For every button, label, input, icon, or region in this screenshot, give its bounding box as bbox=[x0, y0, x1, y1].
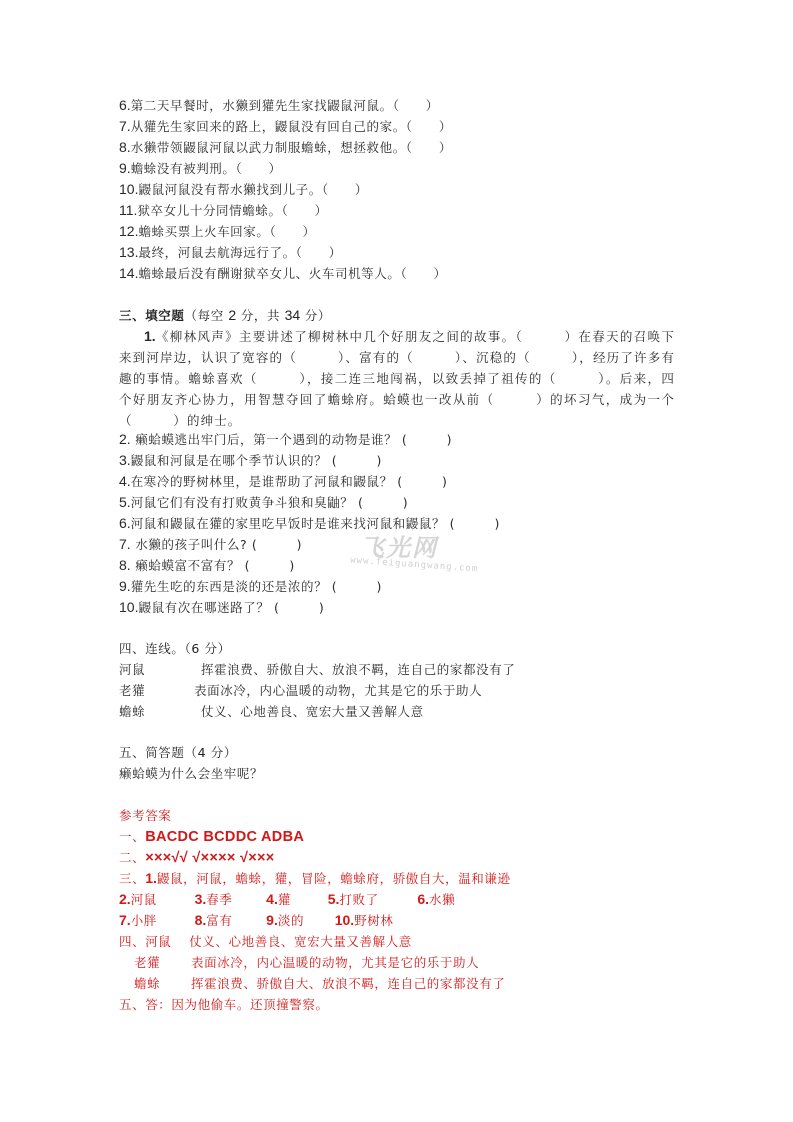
short-answer-question: 癞蛤蟆为什么会坐牢呢？ bbox=[119, 763, 263, 784]
matching-row: 蟾蜍仗义、心地善良、宽宏大量又善解人意 bbox=[119, 701, 424, 722]
answer-key-title: 参考答案 bbox=[119, 805, 171, 826]
answer-section-5: 五、答：因为他偷车。还顶撞警察。 bbox=[119, 994, 329, 1015]
matching-row: 河鼠挥霍浪费、骄傲自大、放浪不羁，连自己的家都没有了 bbox=[119, 659, 515, 680]
section-4-title: 四、连线。（6 分） bbox=[119, 638, 231, 659]
question-item: 3.鼹鼠和河鼠是在哪个季节认识的？ ( ) bbox=[119, 450, 382, 471]
judgment-item: 14.蟾蜍最后没有酬谢狱卒女儿、火车司机等人。（ ） bbox=[119, 263, 447, 284]
judgment-item: 10.鼹鼠河鼠没有帮水獭找到儿子。（ ） bbox=[119, 179, 368, 200]
answer-section-4-row: 四、河鼠仗义、心地善良、宽宏大量又善解人意 bbox=[119, 931, 412, 952]
document-page: 6.第二天早餐时，水獭到獾先生家找鼹鼠河鼠。（ ） 7.从獾先生家回来的路上，鼹… bbox=[0, 0, 793, 1122]
answer-section-4-row: 蟾蜍挥霍浪费、骄傲自大、放浪不羁，连自己的家都没有了 bbox=[134, 973, 505, 994]
matching-row: 老獾表面冰冷，内心温暖的动物，尤其是它的乐于助人 bbox=[119, 680, 482, 701]
judgment-item: 9.蟾蜍没有被判刑。（ ） bbox=[119, 158, 282, 179]
judgment-item: 11.狱卒女儿十分同情蟾蜍。（ ） bbox=[119, 200, 328, 221]
watermark: 飞光网 www.feiguangwang.com bbox=[350, 528, 470, 588]
question-item: 5.河鼠它们有没有打败黄争斗狼和臭鼬？ ( ) bbox=[119, 492, 408, 513]
judgment-item: 12.蟾蜍买票上火车回家。（ ） bbox=[119, 221, 316, 242]
question-item: 9.獾先生吃的东西是淡的还是浓的？ ( ) bbox=[119, 576, 382, 597]
answer-section-4-row: 老獾表面冰冷，内心温暖的动物，尤其是它的乐于助人 bbox=[134, 952, 479, 973]
judgment-item: 13.最终，河鼠去航海远行了。（ ） bbox=[119, 242, 342, 263]
answer-section-3-line-1: 三、1.鼹鼠，河鼠，蟾蜍，獾，冒险，蟾蜍府，骄傲自大，温和谦逊 bbox=[119, 868, 511, 889]
answer-section-3-line-3: 7.小胖 8.富有 9.淡的 10.野树林 bbox=[119, 910, 394, 931]
judgment-item: 6.第二天早餐时，水獭到獾先生家找鼹鼠河鼠。（ ） bbox=[119, 95, 439, 116]
answer-section-3-line-2: 2.河鼠 3.春季 4.獾 5.打败了 6.水獭 bbox=[119, 889, 455, 910]
question-item: 10.鼹鼠有次在哪迷路了？ ( ) bbox=[119, 597, 324, 618]
question-item: 7. 水獭的孩子叫什么? ( ) bbox=[119, 534, 302, 555]
answer-section-2: 二、×××√√ √×××× √××× bbox=[119, 847, 275, 869]
answer-section-1: 一、BACDC BCDDC ADBA bbox=[119, 826, 304, 848]
judgment-item: 8.水獭带领鼹鼠河鼠以武力制服蟾蜍，想拯救他。（ ） bbox=[119, 137, 452, 158]
section-3-title: 三、填空题（每空 2 分，共 34 分） bbox=[119, 305, 331, 326]
judgment-item: 7.从獾先生家回来的路上，鼹鼠没有回自己的家。（ ） bbox=[119, 116, 452, 137]
question-item: 8. 癞蛤蟆富不富有？ ( ) bbox=[119, 555, 295, 576]
question-item: 4.在寒冷的野树林里，是谁帮助了河鼠和鼹鼠？ ( ) bbox=[119, 471, 448, 492]
question-item: 2. 癞蛤蟆逃出牢门后，第一个遇到的动物是谁？ ( ) bbox=[119, 429, 452, 450]
fill-blank-paragraph: 1.《柳林风声》主要讲述了柳树林中几个好朋友之间的故事。（ ）在春天的召唤下来到… bbox=[119, 326, 675, 431]
section-5-title: 五、简答题（4 分） bbox=[119, 742, 237, 763]
